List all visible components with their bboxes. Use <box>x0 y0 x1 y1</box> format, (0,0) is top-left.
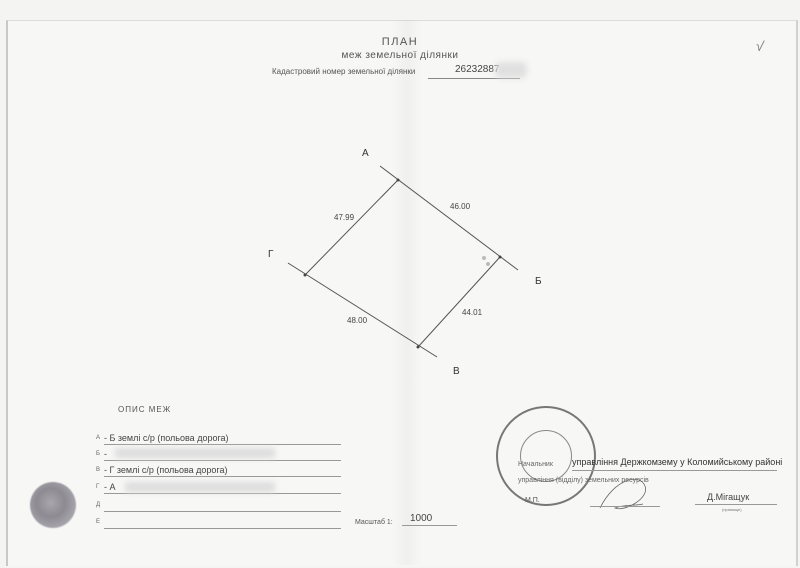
vertex-b <box>499 256 502 259</box>
boundary-row-label: Г <box>96 484 99 490</box>
side-length-a-b: 46.00 <box>450 202 470 211</box>
punch-hole <box>30 482 76 528</box>
scale-underline <box>402 525 457 526</box>
scale-value: 1000 <box>410 513 432 524</box>
boundary-row-text: - Г землі с/р (польова дорога) <box>104 465 228 475</box>
redaction <box>125 482 275 492</box>
boundary-a-b <box>380 166 518 270</box>
side-length-g-a: 47.99 <box>334 213 354 222</box>
vertex-g <box>304 274 307 277</box>
name-underline <box>695 504 777 505</box>
boundary-row-label: Е <box>96 519 100 525</box>
boundaries-title: ОПИС МЕЖ <box>118 405 171 414</box>
vertex-a <box>397 179 400 182</box>
boundary-row-text: - <box>104 449 107 459</box>
boundary-g-a <box>305 180 398 275</box>
point-label-b: Б <box>535 276 542 287</box>
boundary-row-label: Б <box>96 451 100 457</box>
boundary-row-label: В <box>96 467 100 473</box>
scale-label: Масштаб 1: <box>355 519 393 526</box>
position-label: Начальник <box>518 461 553 468</box>
vertex-v <box>417 346 420 349</box>
signer-name: Д.Мігащук <box>707 492 749 502</box>
signature-scribble <box>595 478 655 514</box>
boundary-v-g <box>288 263 437 357</box>
boundary-row-label: Д <box>96 502 100 508</box>
redaction <box>115 448 275 458</box>
boundary-row-text: - А <box>104 482 116 492</box>
signature-line <box>590 506 660 507</box>
point-label-g: Г <box>268 249 273 260</box>
boundary-b-v <box>418 257 500 347</box>
parcel-plan <box>0 0 800 568</box>
office-underline <box>572 470 777 471</box>
boundary-row-label: А <box>96 435 100 441</box>
seal-trident-icon <box>520 430 572 482</box>
boundary-row-text: - Б землі с/р (польова дорога) <box>104 433 229 443</box>
name-caption: (прізвище) <box>722 507 742 512</box>
side-length-b-v: 44.01 <box>462 308 482 317</box>
office-name: управління Держкомзему у Коломийському р… <box>572 457 782 467</box>
point-label-v: В <box>453 366 460 377</box>
seal-label: М.П. <box>525 497 540 504</box>
side-length-v-g: 48.00 <box>347 316 367 325</box>
point-label-a: А <box>362 148 369 159</box>
